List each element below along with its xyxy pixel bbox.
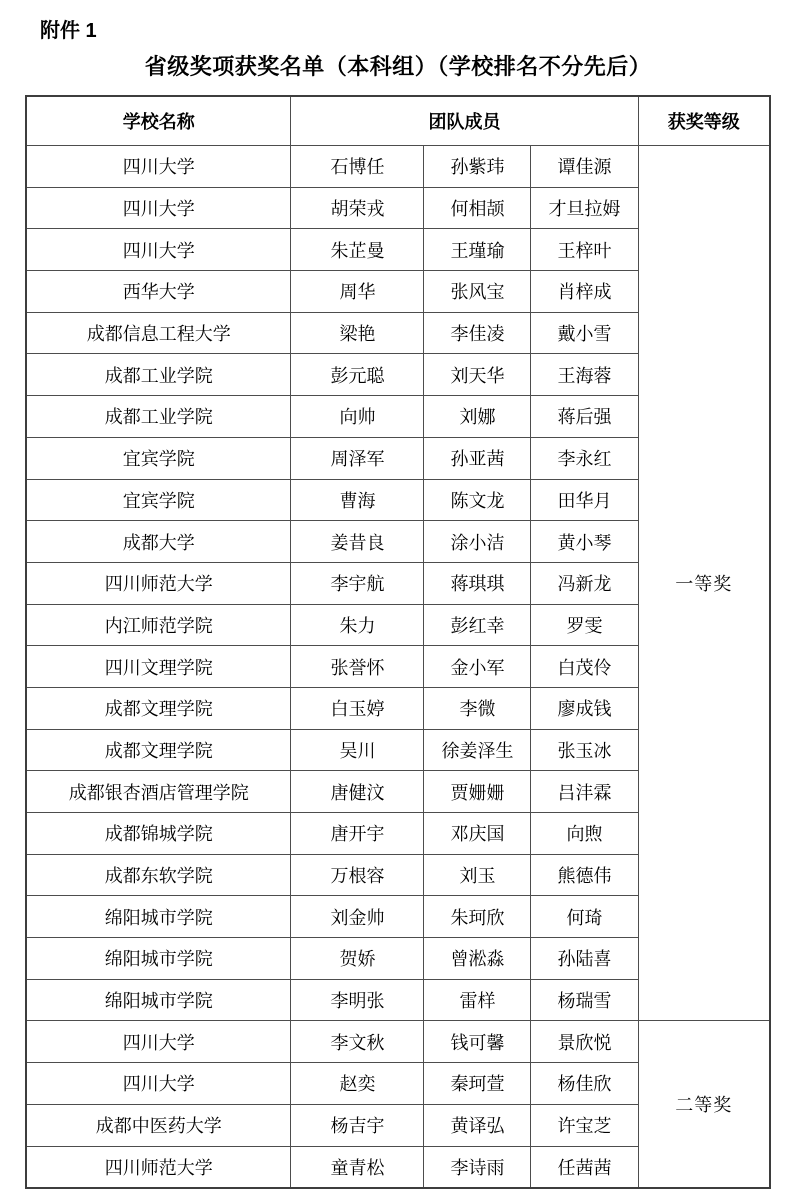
school-cell: 四川大学: [26, 1063, 291, 1105]
member-cell: 肖梓成: [531, 271, 638, 313]
school-cell: 成都文理学院: [26, 687, 291, 729]
school-cell: 绵阳城市学院: [26, 979, 291, 1021]
member-cell: 胡荣戎: [291, 187, 424, 229]
school-cell: 四川师范大学: [26, 562, 291, 604]
school-cell: 四川大学: [26, 146, 291, 188]
school-cell: 四川大学: [26, 1021, 291, 1063]
member-cell: 陈文龙: [424, 479, 531, 521]
school-cell: 四川大学: [26, 229, 291, 271]
member-cell: 彭红幸: [424, 604, 531, 646]
member-cell: 向帅: [291, 396, 424, 438]
member-cell: 白玉婷: [291, 687, 424, 729]
member-cell: 贾姗姗: [424, 771, 531, 813]
member-cell: 雷样: [424, 979, 531, 1021]
member-cell: 刘金帅: [291, 896, 424, 938]
school-cell: 四川文理学院: [26, 646, 291, 688]
school-cell: 成都文理学院: [26, 729, 291, 771]
member-cell: 刘玉: [424, 854, 531, 896]
member-cell: 廖成钱: [531, 687, 638, 729]
member-cell: 李诗雨: [424, 1146, 531, 1188]
member-cell: 谭佳源: [531, 146, 638, 188]
header-row: 学校名称 团队成员 获奖等级: [26, 96, 770, 146]
member-cell: 白茂伶: [531, 646, 638, 688]
member-cell: 熊德伟: [531, 854, 638, 896]
member-cell: 王海蓉: [531, 354, 638, 396]
school-cell: 宜宾学院: [26, 479, 291, 521]
member-cell: 蒋琪琪: [424, 562, 531, 604]
member-cell: 朱芷曼: [291, 229, 424, 271]
table-row: 四川大学石博任孙紫玮谭佳源一等奖: [26, 146, 770, 188]
member-cell: 张誉怀: [291, 646, 424, 688]
member-cell: 黄小琴: [531, 521, 638, 563]
member-cell: 许宝芝: [531, 1104, 638, 1146]
member-cell: 王瑾瑜: [424, 229, 531, 271]
member-cell: 朱珂欣: [424, 896, 531, 938]
member-cell: 孙亚茜: [424, 437, 531, 479]
school-cell: 四川师范大学: [26, 1146, 291, 1188]
member-cell: 刘天华: [424, 354, 531, 396]
member-cell: 杨瑞雪: [531, 979, 638, 1021]
member-cell: 黄译弘: [424, 1104, 531, 1146]
page-title: 省级奖项获奖名单（本科组）（学校排名不分先后）: [26, 52, 770, 82]
member-cell: 蒋后强: [531, 396, 638, 438]
member-cell: 李佳凌: [424, 312, 531, 354]
member-cell: 张风宝: [424, 271, 531, 313]
award-table-body: 四川大学石博任孙紫玮谭佳源一等奖四川大学胡荣戎何相颉才旦拉姆四川大学朱芷曼王瑾瑜…: [26, 146, 770, 1189]
award-level-cell: 一等奖: [638, 146, 770, 1021]
award-level-cell: 二等奖: [638, 1021, 770, 1188]
member-cell: 周华: [291, 271, 424, 313]
member-cell: 姜昔良: [291, 521, 424, 563]
member-cell: 才旦拉姆: [531, 187, 638, 229]
member-cell: 贺娇: [291, 938, 424, 980]
member-cell: 戴小雪: [531, 312, 638, 354]
member-cell: 朱力: [291, 604, 424, 646]
member-cell: 王梓叶: [531, 229, 638, 271]
award-table: 学校名称 团队成员 获奖等级 四川大学石博任孙紫玮谭佳源一等奖四川大学胡荣戎何相…: [25, 95, 771, 1189]
school-cell: 宜宾学院: [26, 437, 291, 479]
member-cell: 杨佳欣: [531, 1063, 638, 1105]
member-cell: 杨吉宇: [291, 1104, 424, 1146]
member-cell: 李宇航: [291, 562, 424, 604]
member-cell: 秦珂萱: [424, 1063, 531, 1105]
member-cell: 李永红: [531, 437, 638, 479]
attachment-label: 附件 1: [40, 18, 796, 44]
header-award-level: 获奖等级: [638, 96, 770, 146]
member-cell: 李微: [424, 687, 531, 729]
member-cell: 张玉冰: [531, 729, 638, 771]
member-cell: 孙紫玮: [424, 146, 531, 188]
member-cell: 徐姜泽生: [424, 729, 531, 771]
member-cell: 李明张: [291, 979, 424, 1021]
school-cell: 绵阳城市学院: [26, 896, 291, 938]
member-cell: 李文秋: [291, 1021, 424, 1063]
member-cell: 罗雯: [531, 604, 638, 646]
school-cell: 内江师范学院: [26, 604, 291, 646]
member-cell: 刘娜: [424, 396, 531, 438]
member-cell: 田华月: [531, 479, 638, 521]
school-cell: 成都工业学院: [26, 396, 291, 438]
member-cell: 向煦: [531, 813, 638, 855]
header-team-members: 团队成员: [291, 96, 638, 146]
member-cell: 赵奕: [291, 1063, 424, 1105]
school-cell: 成都工业学院: [26, 354, 291, 396]
member-cell: 童青松: [291, 1146, 424, 1188]
school-cell: 成都中医药大学: [26, 1104, 291, 1146]
member-cell: 何相颉: [424, 187, 531, 229]
school-cell: 成都信息工程大学: [26, 312, 291, 354]
member-cell: 周泽军: [291, 437, 424, 479]
member-cell: 孙陆喜: [531, 938, 638, 980]
member-cell: 景欣悦: [531, 1021, 638, 1063]
member-cell: 万根容: [291, 854, 424, 896]
member-cell: 梁艳: [291, 312, 424, 354]
school-cell: 成都银杏酒店管理学院: [26, 771, 291, 813]
school-cell: 成都锦城学院: [26, 813, 291, 855]
document-page: 附件 1 省级奖项获奖名单（本科组）（学校排名不分先后） 学校名称 团队成员 获…: [0, 0, 796, 1189]
table-row: 四川大学李文秋钱可馨景欣悦二等奖: [26, 1021, 770, 1063]
school-cell: 成都大学: [26, 521, 291, 563]
member-cell: 唐健汶: [291, 771, 424, 813]
member-cell: 吕沣霖: [531, 771, 638, 813]
school-cell: 西华大学: [26, 271, 291, 313]
school-cell: 四川大学: [26, 187, 291, 229]
member-cell: 曾淞淼: [424, 938, 531, 980]
member-cell: 涂小洁: [424, 521, 531, 563]
member-cell: 金小军: [424, 646, 531, 688]
member-cell: 任茜茜: [531, 1146, 638, 1188]
member-cell: 曹海: [291, 479, 424, 521]
school-cell: 绵阳城市学院: [26, 938, 291, 980]
member-cell: 何琦: [531, 896, 638, 938]
header-school: 学校名称: [26, 96, 291, 146]
school-cell: 成都东软学院: [26, 854, 291, 896]
member-cell: 邓庆国: [424, 813, 531, 855]
member-cell: 彭元聪: [291, 354, 424, 396]
award-table-header: 学校名称 团队成员 获奖等级: [26, 96, 770, 146]
member-cell: 冯新龙: [531, 562, 638, 604]
member-cell: 吴川: [291, 729, 424, 771]
member-cell: 石博任: [291, 146, 424, 188]
member-cell: 钱可馨: [424, 1021, 531, 1063]
member-cell: 唐开宇: [291, 813, 424, 855]
